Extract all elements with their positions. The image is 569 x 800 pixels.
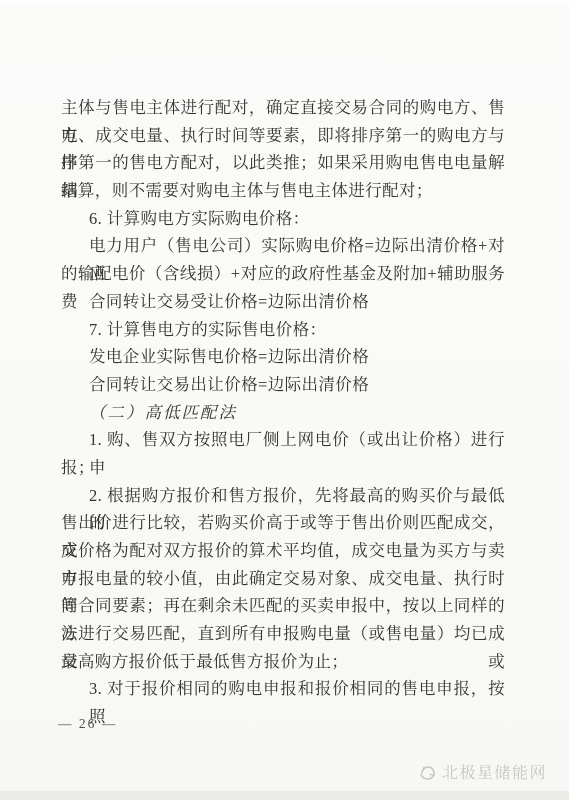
- section-heading-gao-di-pi-pei-fa: （二）高低匹配法: [61, 399, 505, 427]
- text-line: 申报电量的较小值，由此确定交易对象、成交电量、执行时间: [61, 565, 505, 593]
- page-number: — 26 —: [58, 716, 117, 732]
- text-line: 3. 对于报价相同的购电申报和报价相同的售电申报，按照: [61, 675, 505, 703]
- watermark: 北极星储能网: [418, 760, 547, 783]
- text-line: 等合同要素；再在剩余未匹配的买卖申报中，按以上同样的方: [61, 592, 505, 620]
- formula-line: 发电企业实际售电价格=边际出清价格: [61, 343, 505, 371]
- text-line: 报；: [61, 454, 505, 482]
- text-line: 方、成交电量、执行时间等要素，即将排序第一的购电方与排: [61, 122, 505, 150]
- formula-line: 电力用户（售电公司）实际购电价格=边际出清价格+对应: [61, 232, 505, 260]
- text-line: 法进行交易匹配，直到所有申报购电量（或售电量）均已成交或: [61, 620, 505, 648]
- text-line: 售出价进行比较，若购买价高于或等于售出价则匹配成交，成: [61, 509, 505, 537]
- text-line: 主体与售电主体进行配对，确定直接交易合同的购电方、售电: [61, 94, 505, 122]
- beijixing-logo-icon: [418, 763, 438, 781]
- list-item-7-heading: 7. 计算售电方的实际售电价格：: [61, 316, 505, 344]
- formula-line: 的输配电价（含线损）+对应的政府性基金及附加+辅助服务费: [61, 260, 505, 288]
- list-item-6-heading: 6. 计算购电方实际购电价格：: [61, 205, 505, 233]
- text-line: 序第一的售电方配对，以此类推；如果采用购电售电电量解耦: [61, 149, 505, 177]
- formula-line: 合同转让交易出让价格=边际出清价格: [61, 371, 505, 399]
- scan-bottom-edge: [0, 791, 569, 800]
- scan-top-edge: [0, 0, 569, 3]
- text-line: 2. 根据购方报价和售方报价，先将最高的购买价与最低的: [61, 482, 505, 510]
- watermark-text: 北极星储能网: [442, 760, 547, 783]
- document-body-text: 主体与售电主体进行配对，确定直接交易合同的购电方、售电 方、成交电量、执行时间等…: [61, 94, 505, 703]
- formula-line: 合同转让交易受让价格=边际出清价格: [61, 288, 505, 316]
- text-line: 结算，则不需要对购电主体与售电主体进行配对；: [61, 177, 505, 205]
- document-page: 主体与售电主体进行配对，确定直接交易合同的购电方、售电 方、成交电量、执行时间等…: [0, 0, 569, 800]
- text-line: 交价格为配对双方报价的算术平均值，成交电量为买方与卖方: [61, 537, 505, 565]
- text-line: 1. 购、售双方按照电厂侧上网电价（或出让价格）进行申: [61, 426, 505, 454]
